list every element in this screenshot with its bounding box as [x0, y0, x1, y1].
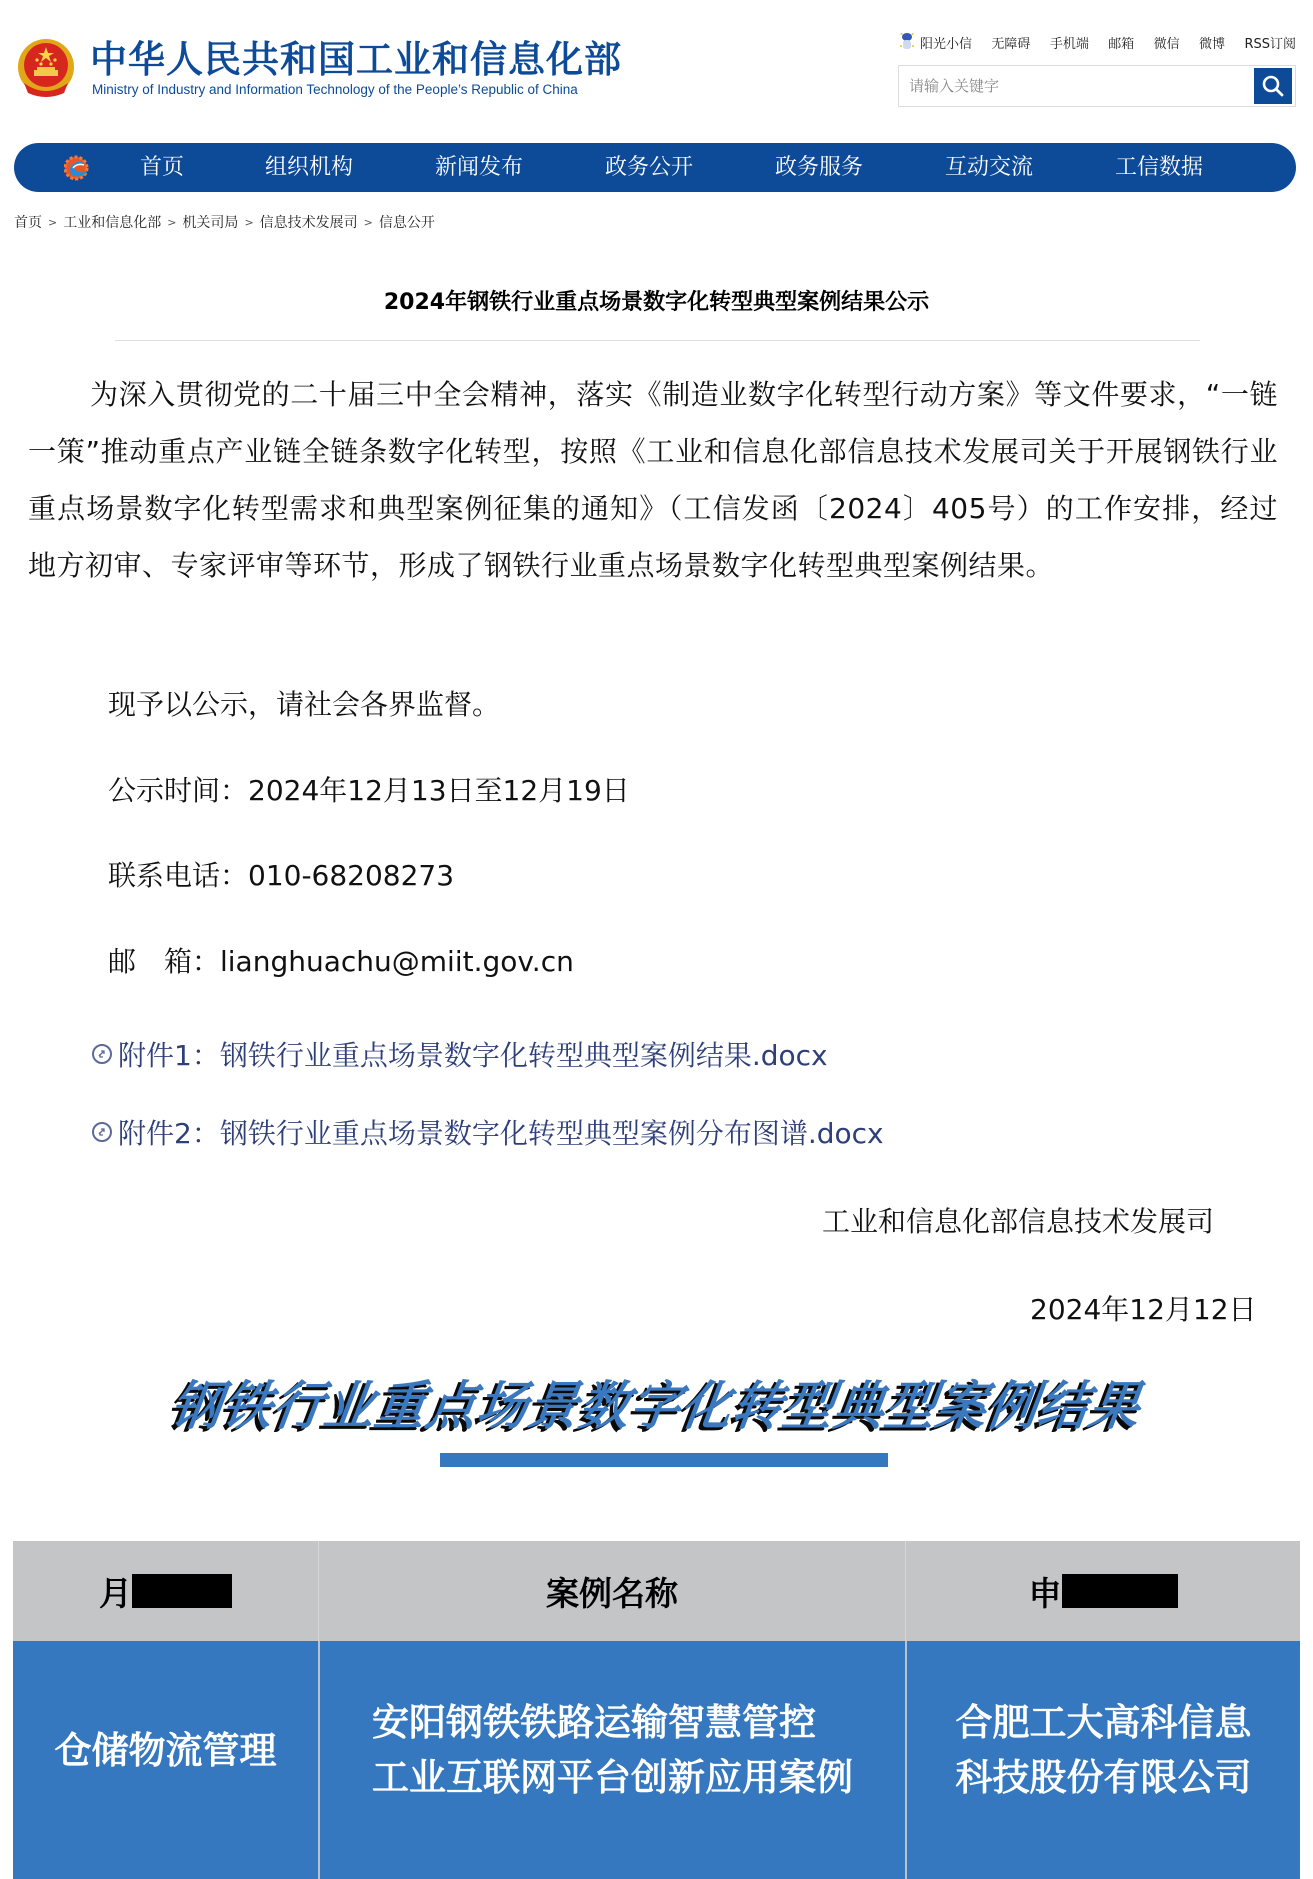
- cell-scenario: 仓储物流管理: [13, 1641, 318, 1879]
- issue-date: 2024年12月12日: [1030, 1288, 1257, 1328]
- search-icon: [1261, 74, 1285, 98]
- breadcrumb-miit[interactable]: 工业和信息化部: [63, 212, 161, 232]
- top-link-sunshine-assistant[interactable]: 阳光小信: [900, 32, 972, 52]
- breadcrumb-home[interactable]: 首页: [14, 212, 42, 232]
- top-link-label: 阳光小信: [920, 33, 972, 52]
- attachment-label: 附件1：钢铁行业重点场景数字化转型典型案例结果.docx: [118, 1034, 828, 1074]
- search-button[interactable]: [1254, 68, 1292, 104]
- top-link-rss[interactable]: RSS订阅: [1244, 33, 1296, 52]
- nav-item-organization[interactable]: 组织机构: [265, 143, 353, 192]
- link-icon: [92, 1044, 112, 1064]
- top-links: 阳光小信 无障碍 手机端 邮箱 微信 微博 RSS订阅: [900, 30, 1296, 54]
- publicity-period: 公示时间：2024年12月13日至12月19日: [108, 769, 630, 809]
- breadcrumb-separator: >: [244, 216, 253, 229]
- search-box: [898, 65, 1296, 107]
- results-banner-heading: 钢铁行业重点场景数字化转型典型案例结果: [0, 1364, 1313, 1440]
- top-link-mail[interactable]: 邮箱: [1108, 33, 1134, 52]
- breadcrumb: 首页 > 工业和信息化部 > 机关司局 > 信息技术发展司 > 信息公开: [14, 212, 435, 232]
- redaction-box: [1062, 1574, 1178, 1608]
- article-body-paragraph: 为深入贯彻党的二十届三中全会精神，落实《制造业数字化转型行动方案》等文件要求，“…: [28, 366, 1278, 594]
- attachment-label: 附件2：钢铁行业重点场景数字化转型典型案例分布图谱.docx: [118, 1112, 884, 1152]
- contact-phone: 联系电话：010-68208273: [108, 854, 454, 894]
- column-header-case-name: 案例名称: [319, 1541, 905, 1641]
- miit-gear-logo[interactable]: [64, 154, 90, 182]
- header-visible-glyph: 申: [1029, 1568, 1062, 1615]
- breadcrumb-it-dept[interactable]: 信息技术发展司: [260, 212, 358, 232]
- nav-item-data[interactable]: 工信数据: [1115, 143, 1203, 192]
- attachment-link-2[interactable]: 附件2：钢铁行业重点场景数字化转型典型案例分布图谱.docx: [92, 1112, 884, 1152]
- attachment-link-1[interactable]: 附件1：钢铁行业重点场景数字化转型典型案例结果.docx: [92, 1034, 828, 1074]
- gear-e-logo-icon: [64, 154, 90, 182]
- link-icon: [92, 1122, 112, 1142]
- header-visible-glyph: 月: [99, 1568, 132, 1615]
- national-emblem-logo[interactable]: [16, 37, 76, 99]
- applicant-line: 科技股份有限公司: [956, 1750, 1252, 1805]
- scenario-text: 仓储物流管理: [55, 1723, 277, 1778]
- contact-email: 邮 箱：lianghuachu@miit.gov.cn: [108, 940, 574, 980]
- nav-item-home[interactable]: 首页: [140, 143, 184, 192]
- site-title[interactable]: 中华人民共和国工业和信息化部: [90, 38, 622, 82]
- issuer-signature: 工业和信息化部信息技术发展司: [822, 1200, 1214, 1240]
- nav-item-gov-services[interactable]: 政务服务: [775, 143, 863, 192]
- table-header-row: 月 案例名称 申: [13, 1541, 1300, 1641]
- table-row: 仓储物流管理 安阳钢铁铁路运输智慧管控 工业互联网平台创新应用案例 合肥工大高科…: [13, 1641, 1300, 1879]
- article-title: 2024年钢铁行业重点场景数字化转型典型案例结果公示: [0, 285, 1313, 316]
- robot-mascot-icon: [900, 32, 914, 52]
- nav-item-interaction[interactable]: 互动交流: [945, 143, 1033, 192]
- cell-case-name: 安阳钢铁铁路运输智慧管控 工业互联网平台创新应用案例: [320, 1641, 905, 1879]
- top-link-weibo[interactable]: 微博: [1199, 33, 1225, 52]
- cell-applicant: 合肥工大高科信息 科技股份有限公司: [907, 1641, 1300, 1879]
- breadcrumb-separator: >: [364, 216, 373, 229]
- site-subtitle: Ministry of Industry and Information Tec…: [92, 82, 578, 97]
- top-link-wechat[interactable]: 微信: [1154, 33, 1180, 52]
- breadcrumb-separator: >: [167, 216, 176, 229]
- case-name-line: 工业互联网平台创新应用案例: [372, 1750, 853, 1805]
- top-link-accessibility[interactable]: 无障碍: [991, 33, 1030, 52]
- breadcrumb-info-disclosure[interactable]: 信息公开: [379, 212, 435, 232]
- nav-item-gov-info[interactable]: 政务公开: [605, 143, 693, 192]
- applicant-line: 合肥工大高科信息: [956, 1695, 1252, 1750]
- redaction-box: [132, 1574, 232, 1608]
- top-link-mobile[interactable]: 手机端: [1050, 33, 1089, 52]
- notice-text: 现予以公示，请社会各界监督。: [108, 683, 500, 723]
- nav-item-news[interactable]: 新闻发布: [435, 143, 523, 192]
- case-name-line: 安阳钢铁铁路运输智慧管控: [372, 1695, 853, 1750]
- banner-underline: [440, 1453, 888, 1467]
- column-header-applicant: 申: [906, 1541, 1300, 1641]
- title-divider: [115, 340, 1200, 341]
- search-input[interactable]: [899, 66, 1249, 106]
- breadcrumb-departments[interactable]: 机关司局: [182, 212, 238, 232]
- breadcrumb-separator: >: [48, 216, 57, 229]
- column-header-scenario: 月: [13, 1541, 318, 1641]
